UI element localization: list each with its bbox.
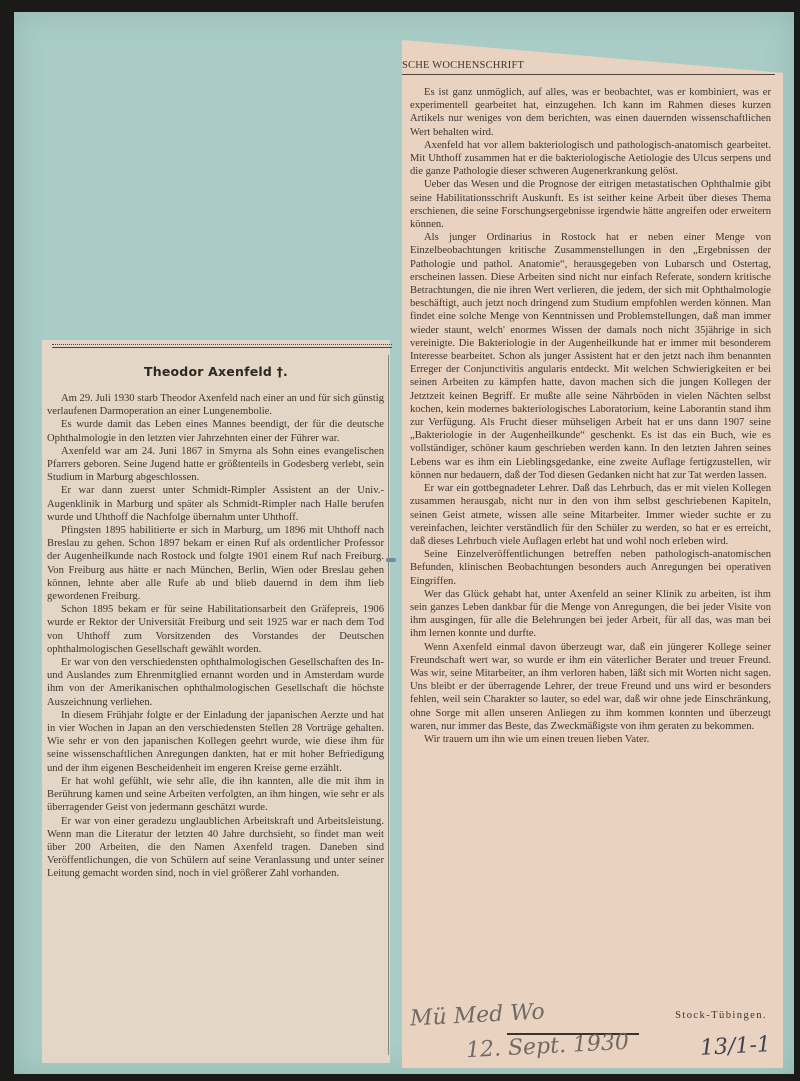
pin-mark [386,558,396,562]
paragraph: Pfingsten 1895 habilitierte er sich in M… [47,524,384,603]
paragraph: Schon 1895 bekam er für seine Habilitati… [47,603,384,656]
paragraph: Axenfeld war am 24. Juni 1867 in Smyrna … [47,445,384,485]
paragraph: Er war von den verschiedensten ophthalmo… [47,656,384,709]
column-divider [388,355,389,1055]
journal-name: SCHE WOCHENSCHRIFT [402,60,524,71]
paragraph: Wenn Axenfeld einmal davon überzeugt war… [410,641,771,733]
top-rule [52,344,392,348]
right-column-text: Es ist ganz unmöglich, auf alles, was er… [410,86,771,746]
paragraph: Wir trauern um ihn wie um einen treuen l… [410,733,771,746]
paragraph: Es ist ganz unmöglich, auf alles, was er… [410,86,771,139]
paragraph: In diesem Frühjahr folgte er der Einladu… [47,709,384,775]
paragraph: Als junger Ordinarius in Rostock hat er … [410,231,771,482]
paragraph: Er hat wohl gefühlt, wie sehr alle, die … [47,775,384,815]
left-column-text: Am 29. Juli 1930 starb Theodor Axenfeld … [47,392,384,881]
handwritten-archive-number: 13/1-1 [699,1032,771,1061]
paragraph: Am 29. Juli 1930 starb Theodor Axenfeld … [47,392,384,418]
paragraph: Es wurde damit das Leben eines Mannes be… [47,418,384,444]
paragraph: Axenfeld hat vor allem bakteriologisch u… [410,139,771,179]
paragraph: Er war von einer geradezu unglaublichen … [47,815,384,881]
paragraph: Wer das Glück gehabt hat, unter Axenfeld… [410,588,771,641]
left-clipping: Theodor Axenfeld †. Am 29. Juli 1930 sta… [42,340,390,1063]
article-title: Theodor Axenfeld †. [42,364,390,379]
paragraph: Er war dann zuerst unter Schmidt-Rimpler… [47,484,384,524]
author-signature: Stock-Tübingen. [675,1010,767,1021]
paragraph: Ueber das Wesen und die Prognose der eit… [410,178,771,231]
right-clipping: SCHE WOCHENSCHRIFT 1585 Es ist ganz unmö… [402,40,783,1068]
paragraph: Seine Einzelveröffentlichungen betreffen… [410,548,771,588]
paragraph: Er war ein gottbegnadeter Lehrer. Daß da… [410,482,771,548]
